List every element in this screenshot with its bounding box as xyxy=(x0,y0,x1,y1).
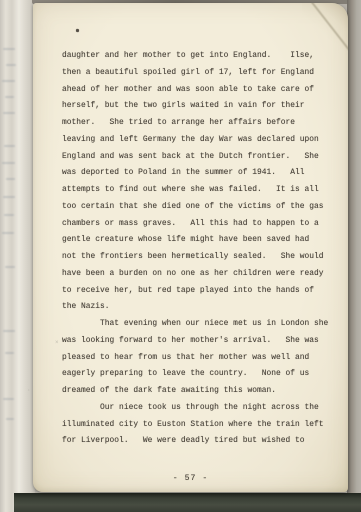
text-bleed-mark xyxy=(5,352,14,354)
text-bleed-mark xyxy=(3,196,15,198)
text-line: dreamed of the dark fate awaiting this w… xyxy=(62,383,328,400)
text-bleed-mark xyxy=(3,112,15,114)
text-line: illuminated city to Euston Station where… xyxy=(62,417,328,434)
text-line: mother. She tried to arrange her affairs… xyxy=(62,115,328,132)
page-number: - 57 - xyxy=(33,474,348,483)
text-line: herself, but the two girls waited in vai… xyxy=(62,98,328,115)
text-bleed-mark xyxy=(2,162,15,164)
text-line: the Nazis. xyxy=(62,299,328,316)
text-line: attempts to find out where she was faile… xyxy=(62,182,328,199)
text-line: for Liverpool. We were deadly tired but … xyxy=(62,433,328,450)
text-line: have been a burden on no one as her chil… xyxy=(62,266,328,283)
margin-smudge: × xyxy=(55,339,59,346)
margin-smudge: · xyxy=(27,387,31,394)
body-text: daughter and her mother to get into Engl… xyxy=(62,48,328,450)
fold-crease-line xyxy=(307,3,348,52)
text-line: eagerly preparing to leave the country. … xyxy=(62,366,328,383)
text-line: gentle creature whose life might have be… xyxy=(62,232,328,249)
text-line: to receive her, but red tape played into… xyxy=(62,283,328,300)
text-line: Our niece took us through the night acro… xyxy=(62,400,328,417)
text-line: not the frontiers been hermetically seal… xyxy=(62,249,328,266)
text-line: That evening when our niece met us in Lo… xyxy=(62,316,328,333)
text-bleed-mark xyxy=(3,330,15,332)
text-line: was looking forward to her mother's arri… xyxy=(62,333,328,350)
text-bleed-mark xyxy=(4,214,14,216)
text-bleed-mark xyxy=(6,178,15,180)
text-line: too certain that she died one of the vic… xyxy=(62,199,328,216)
page-right-gutter-shadow xyxy=(347,0,361,512)
text-line: daughter and her mother to get into Engl… xyxy=(62,48,328,65)
text-bleed-mark xyxy=(6,418,14,420)
text-bleed-mark xyxy=(5,96,14,98)
text-line: was deported to Poland in the summer of … xyxy=(62,165,328,182)
text-line: chambers or mass graves. All this had to… xyxy=(62,216,328,233)
page-stack-edge xyxy=(0,0,35,512)
text-bleed-mark xyxy=(6,64,16,66)
stray-ink-mark xyxy=(76,29,79,32)
text-bleed-mark xyxy=(3,398,14,400)
text-line: leaving and left Germany the day War was… xyxy=(62,132,328,149)
text-bleed-mark xyxy=(2,80,15,82)
text-line: England and was sent back at the Dutch f… xyxy=(62,149,328,166)
text-bleed-mark xyxy=(2,232,14,234)
typewritten-page: × · daughter and her mother to get into … xyxy=(33,3,348,492)
text-line: then a beautiful spoiled girl of 17, lef… xyxy=(62,65,328,82)
text-bleed-mark xyxy=(5,266,15,268)
scanned-book-photo: × · daughter and her mother to get into … xyxy=(0,0,361,512)
text-line: ahead of her mother and was soon able to… xyxy=(62,82,328,99)
text-line: pleased to hear from us that her mother … xyxy=(62,350,328,367)
text-bleed-mark xyxy=(4,145,15,147)
book-cover-band xyxy=(14,493,361,512)
text-bleed-mark xyxy=(3,48,15,50)
